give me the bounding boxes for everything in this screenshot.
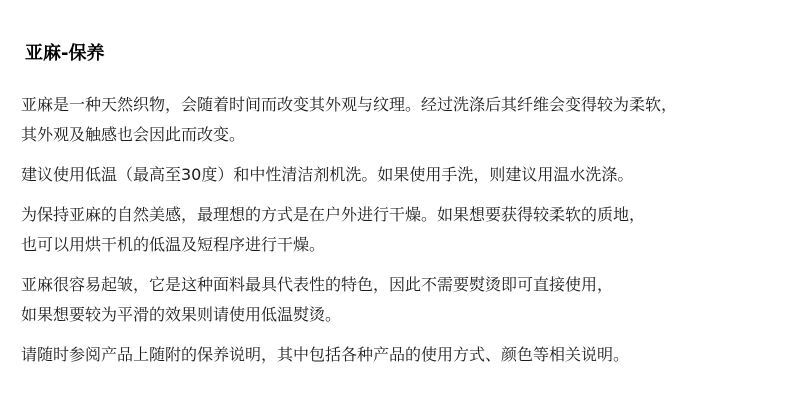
care-instructions-content: 亚麻是一种天然织物，会随着时间而改变其外观与纹理。经过洗涤后其纤维会变得较为柔软… bbox=[21, 90, 770, 370]
paragraph-drying: 为保持亚麻的自然美感，最理想的方式是在户外进行干燥。如果想要获得较柔软的质地， … bbox=[21, 200, 770, 260]
paragraph-line: 也可以用烘干机的低温及短程序进行干燥。 bbox=[21, 230, 770, 260]
paragraph-line: 如果想要较为平滑的效果则请使用低温熨烫。 bbox=[21, 300, 770, 330]
paragraph-line: 请随时参阅产品上随附的保养说明，其中包括各种产品的使用方式、颜色等相关说明。 bbox=[21, 340, 770, 370]
paragraph-line: 亚麻很容易起皱，它是这种面料最具代表性的特色，因此不需要熨烫即可直接使用， bbox=[21, 270, 770, 300]
care-instructions-page: 亚麻-保养 亚麻是一种天然织物，会随着时间而改变其外观与纹理。经过洗涤后其纤维会… bbox=[0, 0, 790, 410]
paragraph-line: 其外观及触感也会因此而改变。 bbox=[21, 120, 770, 150]
page-title: 亚麻-保养 bbox=[25, 44, 790, 64]
paragraph-care-label-note: 请随时参阅产品上随附的保养说明，其中包括各种产品的使用方式、颜色等相关说明。 bbox=[21, 340, 770, 370]
paragraph-line: 为保持亚麻的自然美感，最理想的方式是在户外进行干燥。如果想要获得较柔软的质地， bbox=[21, 200, 770, 230]
paragraph-washing: 建议使用低温（最高至30度）和中性清洁剂机洗。如果使用手洗，则建议用温水洗涤。 bbox=[21, 160, 770, 190]
paragraph-ironing: 亚麻很容易起皱，它是这种面料最具代表性的特色，因此不需要熨烫即可直接使用， 如果… bbox=[21, 270, 770, 330]
paragraph-line: 建议使用低温（最高至30度）和中性清洁剂机洗。如果使用手洗，则建议用温水洗涤。 bbox=[21, 160, 770, 190]
paragraph-fabric-nature: 亚麻是一种天然织物，会随着时间而改变其外观与纹理。经过洗涤后其纤维会变得较为柔软… bbox=[21, 90, 770, 150]
paragraph-line: 亚麻是一种天然织物，会随着时间而改变其外观与纹理。经过洗涤后其纤维会变得较为柔软… bbox=[21, 90, 770, 120]
